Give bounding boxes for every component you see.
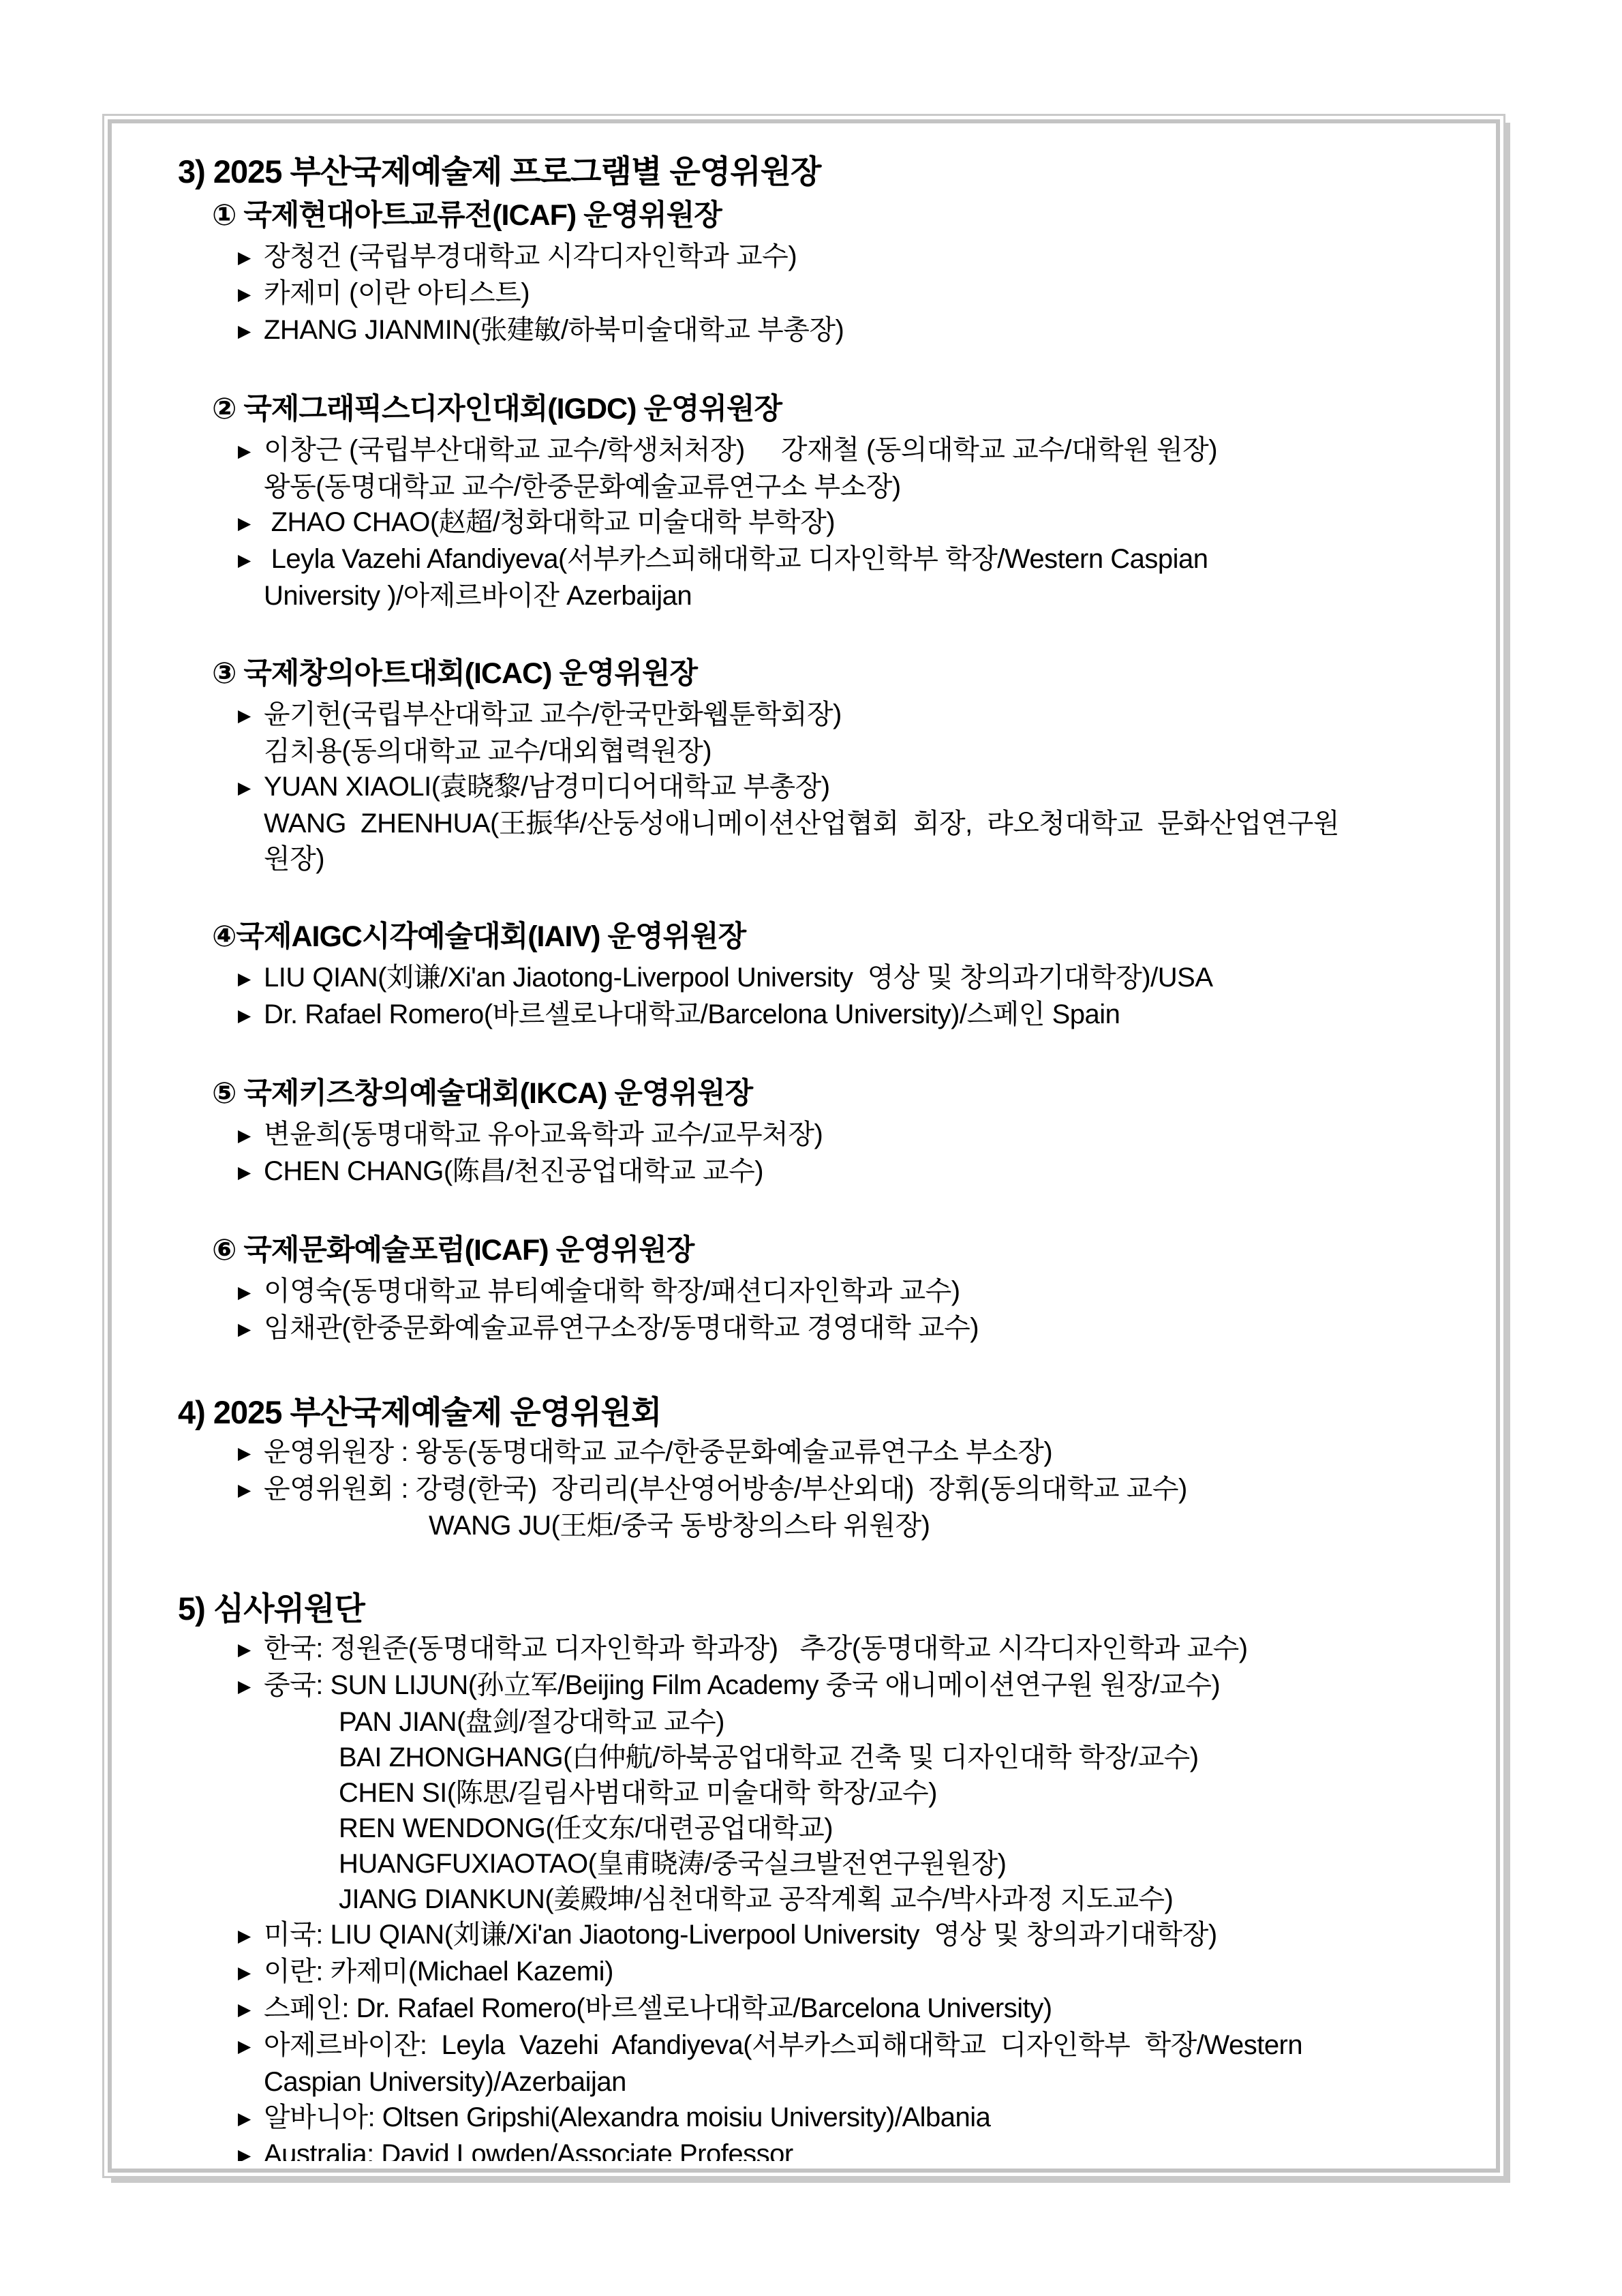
doc-line: University )/아제르바이잔 Azerbaijan [264, 578, 1476, 614]
section-heading: 3) 2025 부산국제예술제 프로그램별 운영위원장 [178, 150, 1476, 194]
line-text: YUAN XIAOLI(袁晓黎/남경미디어대학교 부총장) [264, 772, 830, 802]
line-text: JIANG DIANKUN(姜殿坤/심천대학교 공작계획 교수/박사과정 지도교… [339, 1884, 1173, 1914]
doc-line: ▶운영위원장 : 왕동(동명대학교 교수/한중문화예술교류연구소 부소장) [238, 1434, 1476, 1471]
page-frame: 3) 2025 부산국제예술제 프로그램별 운영위원장① 국제현대아트교류전(I… [102, 114, 1505, 2178]
doc-line: ▶미국: LIU QIAN(刘谦/Xi'an Jiaotong-Liverpoo… [238, 1917, 1476, 1954]
doc-line: CHEN SI(陈思/길림사범대학교 미술대학 학장/교수) [339, 1775, 1476, 1811]
line-text: 왕동(동명대학교 교수/한중문화예술교류연구소 부소장) [264, 472, 901, 502]
subsection: ⑥ 국제문화예술포럼(ICAF) 운영위원장▶이영숙(동명대학교 뷰티예술대학 … [178, 1231, 1476, 1347]
doc-line: ▶중국: SUN LIJUN(孙立军/Beijing Film Academy … [238, 1667, 1476, 1704]
bullet-triangle-icon: ▶ [238, 1155, 264, 1190]
section: 5) 심사위원단▶한국: 정원준(동명대학교 디자인학과 학과장) 추강(동명대… [178, 1587, 1476, 2161]
line-text: 아제르바이잔: Leyla Vazehi Afandiyeva(서부카스피해대학… [264, 2030, 1302, 2060]
line-text: 스페인: Dr. Rafael Romero(바르셀로나대학교/Barcelon… [264, 1993, 1052, 2023]
bullet-triangle-icon: ▶ [238, 506, 264, 541]
bullet-triangle-icon: ▶ [238, 277, 264, 312]
subsection: ② 국제그래픽스디자인대회(IGDC) 운영위원장▶이창근 (국립부산대학교 교… [178, 390, 1476, 614]
bullet-triangle-icon: ▶ [238, 961, 264, 997]
bullet-triangle-icon: ▶ [238, 1472, 264, 1508]
doc-line: ▶카제미 (이란 아티스트) [238, 275, 1476, 312]
subsection: ▶운영위원장 : 왕동(동명대학교 교수/한중문화예술교류연구소 부소장)▶운영… [178, 1434, 1476, 1543]
line-text: ZHANG JIANMIN(张建敏/하북미술대학교 부총장) [264, 315, 844, 345]
line-text: PAN JIAN(盘剑/절강대학교 교수) [339, 1707, 724, 1737]
bullet-triangle-icon: ▶ [238, 2029, 264, 2064]
doc-line: 김치용(동의대학교 교수/대외협력원장) [264, 734, 1476, 769]
line-text: 카제미 (이란 아티스트) [264, 278, 530, 308]
line-text: 원장) [264, 844, 324, 874]
bullet-triangle-icon: ▶ [238, 434, 264, 469]
subsection-heading: ① 국제현대아트교류전(ICAF) 운영위원장 [212, 196, 1476, 235]
line-text: 이란: 카제미(Michael Kazemi) [264, 1957, 613, 1987]
subsection: ① 국제현대아트교류전(ICAF) 운영위원장▶장청건 (국립부경대학교 시각디… [178, 196, 1476, 349]
section: 3) 2025 부산국제예술제 프로그램별 운영위원장① 국제현대아트교류전(I… [178, 150, 1476, 1347]
bullet-triangle-icon: ▶ [238, 1992, 264, 2027]
line-text: 미국: LIU QIAN(刘谦/Xi'an Jiaotong-Liverpool… [264, 1920, 1217, 1950]
line-text: CHEN SI(陈思/길림사범대학교 미술대학 학장/교수) [339, 1778, 937, 1808]
subsection-heading: ② 국제그래픽스디자인대회(IGDC) 운영위원장 [212, 390, 1476, 428]
bullet-triangle-icon: ▶ [238, 770, 264, 806]
bullet-triangle-icon: ▶ [238, 1955, 264, 1991]
line-text: Dr. Rafael Romero(바르셀로나대학교/Barcelona Uni… [264, 999, 1120, 1029]
line-text: Leyla Vazehi Afandiyeva(서부카스피해대학교 디자인학부 … [264, 544, 1208, 574]
bullet-triangle-icon: ▶ [238, 240, 264, 275]
bullet-triangle-icon: ▶ [238, 1436, 264, 1471]
line-text: 이영숙(동명대학교 뷰티예술대학 학장/패션디자인학과 교수) [264, 1276, 960, 1306]
doc-line: ▶변윤희(동명대학교 유아교육학과 교수/교무처장) [238, 1117, 1476, 1153]
bullet-triangle-icon: ▶ [238, 1118, 264, 1153]
doc-line: ▶알바니아: Oltsen Gripshi(Alexandra moisiu U… [238, 2100, 1476, 2136]
doc-line: REN WENDONG(任文东/대련공업대학교) [339, 1811, 1476, 1846]
bullet-triangle-icon: ▶ [238, 1632, 264, 1667]
doc-line: ▶운영위원회 : 강령(한국) 장리리(부산영어방송/부산외대) 장휘(동의대학… [238, 1471, 1476, 1508]
doc-line: ▶ Leyla Vazehi Afandiyeva(서부카스피해대학교 디자인학… [238, 541, 1476, 578]
line-text: 이창근 (국립부산대학교 교수/학생처처장) 강재철 (동의대학교 교수/대학원… [264, 435, 1217, 465]
bullet-triangle-icon: ▶ [238, 2101, 264, 2136]
subsection-heading: ⑤ 국제키즈창의예술대회(IKCA) 운영위원장 [212, 1074, 1476, 1113]
section-heading: 4) 2025 부산국제예술제 운영위원회 [178, 1391, 1476, 1434]
page: 3) 2025 부산국제예술제 프로그램별 운영위원장① 국제현대아트교류전(I… [0, 0, 1622, 2296]
doc-line: JIANG DIANKUN(姜殿坤/심천대학교 공작계획 교수/박사과정 지도교… [339, 1882, 1476, 1917]
doc-line: ▶임채관(한중문화예술교류연구소장/동명대학교 경영대학 교수) [238, 1310, 1476, 1347]
bullet-triangle-icon: ▶ [238, 1312, 264, 1347]
bullet-triangle-icon: ▶ [238, 314, 264, 349]
subsection-heading: ③ 국제창의아트대회(ICAC) 운영위원장 [212, 654, 1476, 693]
subsection: ▶한국: 정원준(동명대학교 디자인학과 학과장) 추강(동명대학교 시각디자인… [178, 1631, 1476, 2161]
bullet-triangle-icon: ▶ [238, 543, 264, 578]
line-text: BAI ZHONGHANG(白仲航/하북공업대학교 건축 및 디자인대학 학장/… [339, 1742, 1199, 1772]
line-text: 중국: SUN LIJUN(孙立军/Beijing Film Academy 중… [264, 1670, 1220, 1700]
line-text: 임채관(한중문화예술교류연구소장/동명대학교 경영대학 교수) [264, 1313, 979, 1343]
line-text: 장청건 (국립부경대학교 시각디자인학과 교수) [264, 241, 797, 271]
doc-line: ▶Australia: David Lowden/Associate Profe… [238, 2136, 1476, 2161]
doc-line: ▶아제르바이잔: Leyla Vazehi Afandiyeva(서부카스피해대… [238, 2027, 1476, 2064]
line-text: WANG ZHENHUA(王振华/산둥성애니메이션산업협회 회장, 랴오청대학교… [264, 809, 1339, 839]
doc-line: ▶Dr. Rafael Romero(바르셀로나대학교/Barcelona Un… [238, 997, 1476, 1033]
bullet-triangle-icon: ▶ [238, 1918, 264, 1954]
line-text: Caspian University)/Azerbaijan [264, 2067, 626, 2097]
doc-line: ▶장청건 (국립부경대학교 시각디자인학과 교수) [238, 239, 1476, 275]
subsection: ⑤ 국제키즈창의예술대회(IKCA) 운영위원장▶변윤희(동명대학교 유아교육학… [178, 1074, 1476, 1190]
line-text: LIU QIAN(刘谦/Xi'an Jiaotong-Liverpool Uni… [264, 963, 1213, 993]
doc-line: ▶YUAN XIAOLI(袁晓黎/남경미디어대학교 부총장) [238, 769, 1476, 806]
line-text: 변윤희(동명대학교 유아교육학과 교수/교무처장) [264, 1119, 823, 1149]
subsection-heading: ④국제AIGC시각예술대회(IAIV) 운영위원장 [212, 918, 1476, 956]
doc-line: 왕동(동명대학교 교수/한중문화예술교류연구소 부소장) [264, 469, 1476, 504]
doc-line: PAN JIAN(盘剑/절강대학교 교수) [339, 1704, 1476, 1740]
doc-line: ▶이란: 카제미(Michael Kazemi) [238, 1954, 1476, 1991]
doc-line: WANG JU(王炬/중국 동방창의스타 위원장) [429, 1508, 1476, 1543]
line-text: 한국: 정원준(동명대학교 디자인학과 학과장) 추강(동명대학교 시각디자인학… [264, 1633, 1248, 1663]
bullet-triangle-icon: ▶ [238, 698, 264, 734]
doc-line: WANG ZHENHUA(王振华/산둥성애니메이션산업협회 회장, 랴오청대학교… [264, 806, 1476, 841]
line-text: REN WENDONG(任文东/대련공업대학교) [339, 1813, 833, 1843]
subsection-heading: ⑥ 국제문화예술포럼(ICAF) 운영위원장 [212, 1231, 1476, 1269]
bullet-triangle-icon: ▶ [238, 1669, 264, 1704]
doc-line: ▶스페인: Dr. Rafael Romero(바르셀로나대학교/Barcelo… [238, 1991, 1476, 2027]
doc-line: ▶이창근 (국립부산대학교 교수/학생처처장) 강재철 (동의대학교 교수/대학… [238, 432, 1476, 469]
line-text: 김치용(동의대학교 교수/대외협력원장) [264, 736, 711, 766]
document-content: 3) 2025 부산국제예술제 프로그램별 운영위원장① 국제현대아트교류전(I… [119, 131, 1488, 2161]
doc-line: ▶LIU QIAN(刘谦/Xi'an Jiaotong-Liverpool Un… [238, 960, 1476, 997]
doc-line: ▶이영숙(동명대학교 뷰티예술대학 학장/패션디자인학과 교수) [238, 1273, 1476, 1310]
bullet-triangle-icon: ▶ [238, 1275, 264, 1310]
doc-line: HUANGFUXIAOTAO(皇甫晓涛/중국실크발전연구원원장) [339, 1846, 1476, 1882]
section: 4) 2025 부산국제예술제 운영위원회▶운영위원장 : 왕동(동명대학교 교… [178, 1391, 1476, 1543]
doc-line: BAI ZHONGHANG(白仲航/하북공업대학교 건축 및 디자인대학 학장/… [339, 1740, 1476, 1775]
subsection: ③ 국제창의아트대회(ICAC) 운영위원장▶윤기헌(국립부산대학교 교수/한국… [178, 654, 1476, 877]
bullet-triangle-icon: ▶ [238, 998, 264, 1033]
line-text: WANG JU(王炬/중국 동방창의스타 위원장) [429, 1511, 930, 1541]
subsection: ④국제AIGC시각예술대회(IAIV) 운영위원장▶LIU QIAN(刘谦/Xi… [178, 918, 1476, 1033]
bullet-triangle-icon: ▶ [238, 2138, 264, 2161]
doc-line: Caspian University)/Azerbaijan [264, 2064, 1476, 2100]
doc-line: ▶윤기헌(국립부산대학교 교수/한국만화웹툰학회장) [238, 697, 1476, 734]
line-text: 윤기헌(국립부산대학교 교수/한국만화웹툰학회장) [264, 699, 842, 729]
line-text: 운영위원회 : 강령(한국) 장리리(부산영어방송/부산외대) 장휘(동의대학교… [264, 1474, 1187, 1504]
doc-line: ▶CHEN CHANG(陈昌/천진공업대학교 교수) [238, 1153, 1476, 1190]
section-heading: 5) 심사위원단 [178, 1587, 1476, 1631]
line-text: 알바니아: Oltsen Gripshi(Alexandra moisiu Un… [264, 2102, 990, 2132]
line-text: University )/아제르바이잔 Azerbaijan [264, 581, 692, 611]
page-frame-inner: 3) 2025 부산국제예술제 프로그램별 운영위원장① 국제현대아트교류전(I… [108, 119, 1500, 2173]
line-text: Australia: David Lowden/Associate Profes… [264, 2139, 793, 2161]
line-text: ZHAO CHAO(赵超/청화대학교 미술대학 부학장) [264, 507, 835, 537]
doc-line: ▶ ZHAO CHAO(赵超/청화대학교 미술대학 부학장) [238, 504, 1476, 541]
line-text: HUANGFUXIAOTAO(皇甫晓涛/중국실크발전연구원원장) [339, 1849, 1006, 1879]
doc-line: 원장) [264, 841, 1476, 877]
doc-line: ▶ZHANG JIANMIN(张建敏/하북미술대학교 부총장) [238, 312, 1476, 349]
line-text: CHEN CHANG(陈昌/천진공업대학교 교수) [264, 1156, 763, 1186]
line-text: 운영위원장 : 왕동(동명대학교 교수/한중문화예술교류연구소 부소장) [264, 1437, 1052, 1467]
doc-line: ▶한국: 정원준(동명대학교 디자인학과 학과장) 추강(동명대학교 시각디자인… [238, 1631, 1476, 1667]
